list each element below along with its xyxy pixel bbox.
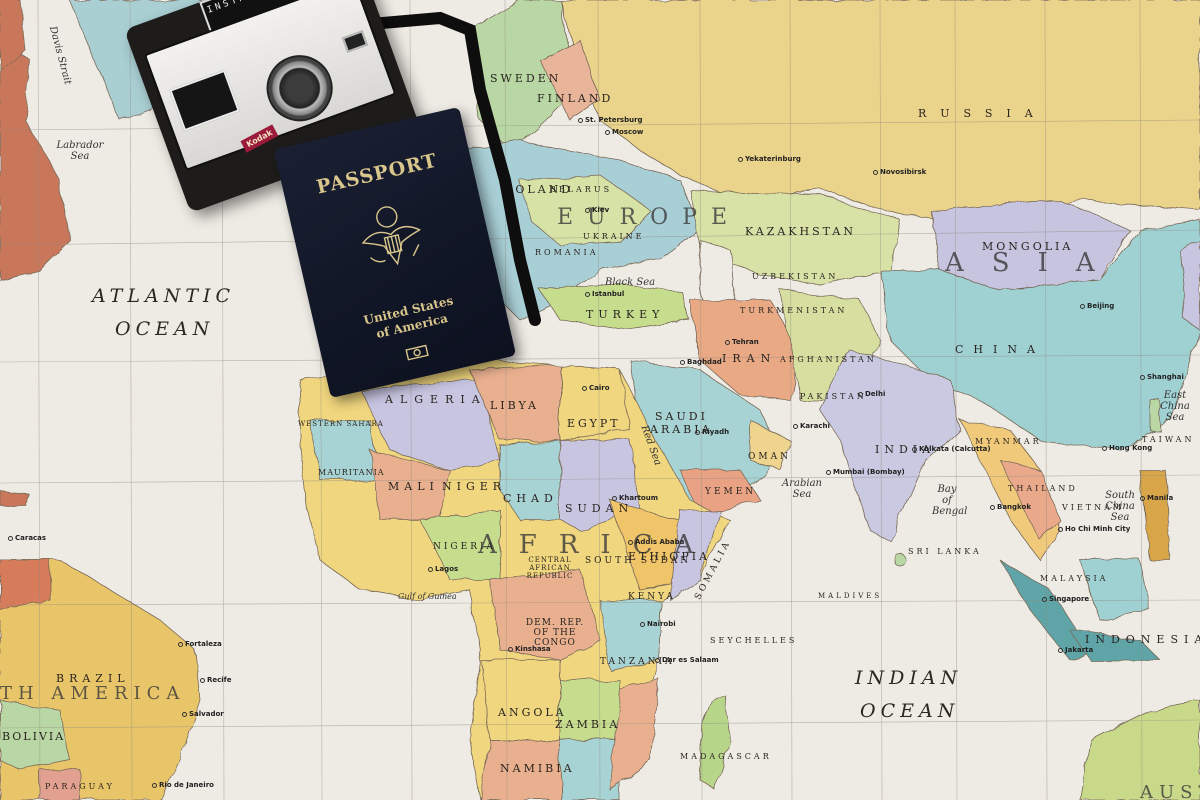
light-sensor-icon [342, 30, 368, 53]
passport-title: PASSPORT [282, 142, 472, 206]
photo-scene: ATLANTIC OCEAN INDIAN OCEAN EUROPE ASIA … [0, 0, 1200, 800]
viewfinder-icon [169, 70, 239, 132]
biometric-chip-icon [405, 344, 429, 361]
great-seal-eagle-icon [345, 193, 439, 287]
camera-lens-icon [257, 46, 342, 131]
